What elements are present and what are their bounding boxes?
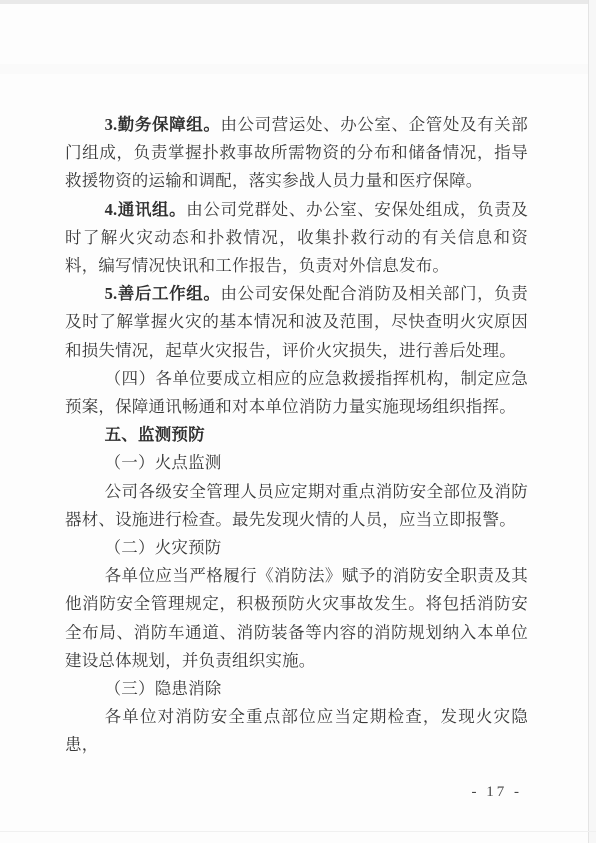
paragraph: （二）火灾预防: [65, 534, 528, 562]
page-number: - 17 -: [472, 782, 523, 802]
document-body: 3.勤务保障组。由公司营运处、办公室、企管处及有关部门组成，负责掌握扑救事故所需…: [65, 111, 528, 760]
text-run-bold: 5.善后工作组。: [105, 284, 221, 303]
text-run-bold: 3.勤务保障组。: [105, 115, 221, 134]
text-run-bold: 4.通讯组。: [105, 200, 187, 219]
text-run: 各单位对消防安全重点部位应当定期检查，发现火灾隐患，: [65, 707, 528, 754]
scan-edge-right-gutter: [589, 0, 596, 843]
document-page: 3.勤务保障组。由公司营运处、办公室、企管处及有关部门组成，负责掌握扑救事故所需…: [0, 0, 596, 843]
text-run: （一）火点监测: [105, 453, 222, 472]
text-run: 公司各级安全管理人员应定期对重点消防安全部位及消防器材、设施进行检查。最先发现火…: [65, 482, 528, 529]
paragraph: （三）隐患消除: [65, 675, 528, 703]
text-run-bold: 五、监测预防: [105, 425, 205, 444]
scan-edge-right-line: [588, 0, 589, 843]
text-run: （三）隐患消除: [105, 679, 222, 698]
paragraph: 各单位对消防安全重点部位应当定期检查，发现火灾隐患，: [65, 703, 528, 759]
paragraph: 公司各级安全管理人员应定期对重点消防安全部位及消防器材、设施进行检查。最先发现火…: [65, 478, 528, 534]
paragraph: 5.善后工作组。由公司安保处配合消防及相关部门，负责及时了解掌握火灾的基本情况和…: [65, 280, 528, 365]
text-run: （四）各单位要成立相应的应急救援指挥机构，制定应急预案，保障通讯畅通和对本单位消…: [65, 369, 528, 416]
paragraph: 4.通讯组。由公司党群处、办公室、安保处组成，负责及时了解火灾动态和扑救情况，收…: [65, 196, 528, 281]
scan-band: [0, 64, 596, 74]
text-run: （二）火灾预防: [105, 538, 222, 557]
paragraph: （四）各单位要成立相应的应急救援指挥机构，制定应急预案，保障通讯畅通和对本单位消…: [65, 365, 528, 421]
scan-edge-top: [0, 0, 596, 4]
paragraph: 各单位应当严格履行《消防法》赋予的消防安全职责及其他消防安全管理规定，积极预防火…: [65, 562, 528, 675]
text-run: 各单位应当严格履行《消防法》赋予的消防安全职责及其他消防安全管理规定，积极预防火…: [65, 566, 528, 670]
section-heading: 五、监测预防: [65, 421, 528, 449]
paragraph: 3.勤务保障组。由公司营运处、办公室、企管处及有关部门组成，负责掌握扑救事故所需…: [65, 111, 528, 196]
scan-edge-bottom-line: [0, 831, 596, 832]
paragraph: （一）火点监测: [65, 449, 528, 477]
